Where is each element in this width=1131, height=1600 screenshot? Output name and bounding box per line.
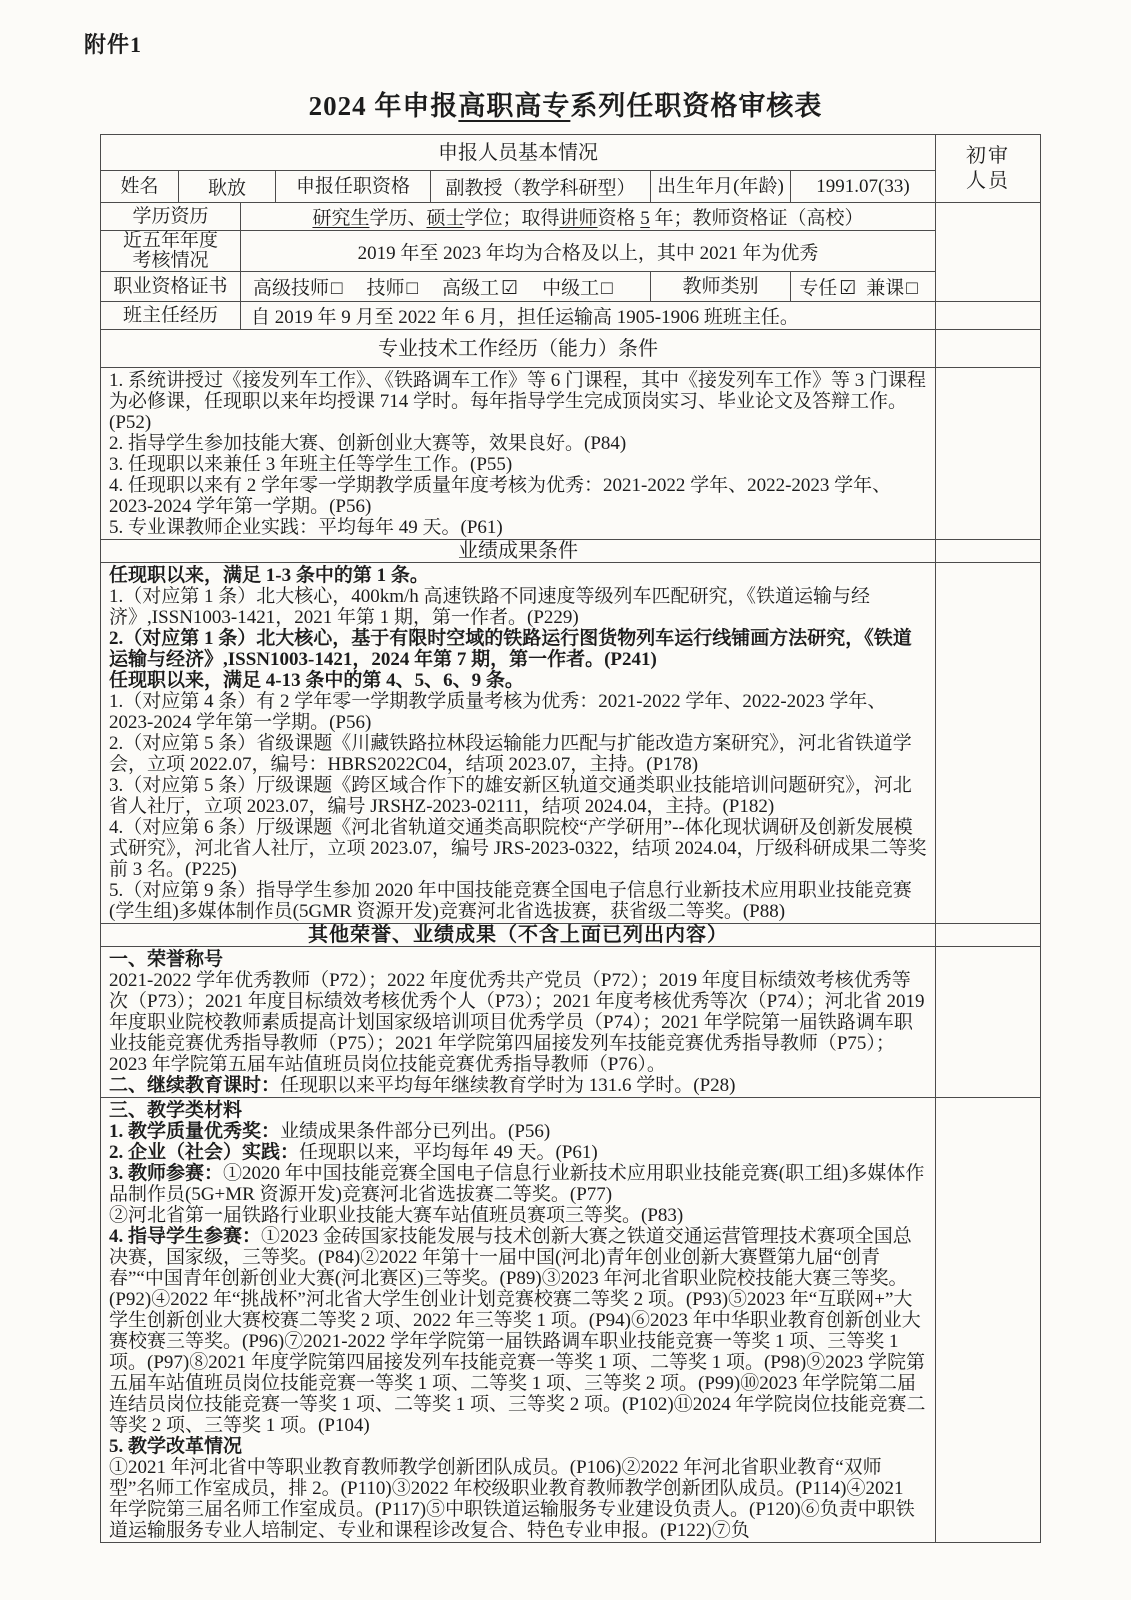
page-title: 2024 年申报高职高专系列任职资格审核表 (0, 84, 1131, 123)
text-segment: ①2020 年中国技能竞赛全国电子信息行业新技术应用职业技能竞赛(职工组)多媒体… (109, 1163, 924, 1205)
paragraph: 1. 教学质量优秀奖：业绩成果条件部分已列出。(P56) (109, 1121, 927, 1142)
paragraph: 二、继续教育课时：任现职以来平均每年继续教育学时为 131.6 学时。(P28) (109, 1075, 927, 1096)
checkbox-option: 兼课□ (866, 278, 918, 299)
checkbox-option: 中级工□ (542, 278, 613, 299)
paragraph: 3. 教师参赛：①2020 年中国技能竞赛全国电子信息行业新技术应用职业技能竞赛… (109, 1163, 927, 1205)
homeroom-value: 自 2019 年 9 月至 2022 年 6 月，担任运输高 1905-1906… (241, 302, 936, 330)
checkbox-option-label: 高级技师 (253, 278, 329, 299)
paragraph: 任现职以来，满足 1-3 条中的第 1 条。 (109, 565, 927, 586)
name-label: 姓名 (101, 171, 179, 203)
checkbox-option-label: 专任 (799, 278, 837, 299)
education-label: 学历资历 (101, 203, 241, 231)
reviewer-cell-experience (936, 368, 1041, 540)
certificate-checkbox-group: 高级技师□技师□高级工☑中级工□ (241, 272, 651, 302)
reviewer-cell-honors-part1 (936, 947, 1041, 1098)
text-segment: 任现职以来，满足 1-3 条中的第 1 条。 (109, 565, 429, 586)
text-segment: 资格 (598, 208, 641, 229)
birth-label: 出生年月(年龄) (651, 171, 791, 203)
checkbox-unchecked-icon: □ (906, 278, 917, 299)
checkbox-option-label: 高级工 (442, 278, 499, 299)
reviewer-cell-honors-part2 (936, 1098, 1041, 1543)
text-segment: 硕士 (426, 208, 464, 229)
assessment-value: 2019 年至 2023 年均为合格及以上，其中 2021 年为优秀 (241, 231, 936, 272)
paragraph: 5. 专业课教师企业实践：平均每年 49 天。(P61) (109, 517, 927, 538)
text-segment: 4. 任现职以来有 2 学年零一学期教学质量年度考核为优秀：2021-2022 … (109, 475, 891, 517)
text-segment: 二、继续教育课时： (109, 1075, 280, 1096)
text-segment: 5. 专业课教师企业实践：平均每年 49 天。(P61) (109, 517, 503, 538)
text-segment: 三、教学类材料 (109, 1100, 242, 1121)
text-segment: 一、荣誉称号 (109, 949, 223, 970)
reviewer-cell-experience-header (936, 330, 1041, 368)
text-segment: 3. 教师参赛： (109, 1163, 223, 1184)
basic-info-section-header: 申报人员基本情况 (101, 135, 936, 171)
checkbox-unchecked-icon: □ (407, 278, 418, 299)
checkbox-option: 高级技师□ (253, 278, 343, 299)
text-segment: 1. 系统讲授过《接发列车工作》、《铁路调车工作》等 6 门课程，其中《接发列车… (109, 370, 926, 433)
text-segment: ②河北省第一届铁路行业职业技能大赛车站值班员赛项三等奖。(P83) (109, 1205, 683, 1226)
text-segment: 高职高专 (458, 91, 570, 121)
checkbox-checked-icon: ☑ (839, 278, 856, 299)
paragraph: 4. 指导学生参赛：①2023 金砖国家技能发展与技术创新大赛之铁道交通运营管理… (109, 1226, 927, 1436)
text-segment: 学历、 (369, 208, 426, 229)
reviewer-cell-basic (936, 203, 1041, 302)
checkbox-option-label: 中级工 (542, 278, 599, 299)
text-segment: 2.（对应第 1 条）北大核心，基于有限时空域的铁路运行图货物列车运行线铺画方法… (109, 628, 912, 670)
paragraph: ②河北省第一届铁路行业职业技能大赛车站值班员赛项三等奖。(P83) (109, 1205, 927, 1226)
homeroom-label: 班主任经历 (101, 302, 241, 330)
text-segment: 研究生 (312, 208, 369, 229)
paragraph: 5. 教学改革情况 (109, 1436, 927, 1457)
honors-part1-content: 一、荣誉称号2021-2022 学年优秀教师（P72）；2022 年度优秀共产党… (101, 947, 936, 1098)
paragraph: 2. 指导学生参加技能大赛、创新创业大赛等，效果良好。(P84) (109, 433, 927, 454)
text-segment: 3. 任现职以来兼任 3 年班主任等学生工作。(P55) (109, 454, 512, 475)
assessment-label: 近五年年度 考核情况 (101, 231, 241, 272)
text-segment: 业绩成果条件部分已列出。(P56) (280, 1121, 550, 1142)
review-form-table: 申报人员基本情况 初审 人员 姓名 耿放 申报任职资格 副教授（教学科研型） 出… (100, 134, 1041, 1543)
checkbox-option: 专任☑ (799, 278, 856, 299)
text-segment: 4.（对应第 6 条）厅级课题《河北省轨道交通类高职院校“产学研用”--体化现状… (109, 817, 927, 880)
paragraph: 2. 企业（社会）实践：任现职以来，平均每年 49 天。(P61) (109, 1142, 927, 1163)
teacher-type-checkbox-group: 专任☑兼课□ (791, 272, 936, 302)
apply-title-label: 申报任职资格 (276, 171, 431, 203)
text-segment: 1.（对应第 1 条）北大核心，400km/h 高速铁路不同速度等级列车匹配研究… (109, 586, 870, 628)
text-segment: 1. 教学质量优秀奖： (109, 1121, 280, 1142)
text-segment: 5.（对应第 9 条）指导学生参加 2020 年中国技能竞赛全国电子信息行业新技… (109, 880, 912, 922)
paragraph: 4.（对应第 6 条）厅级课题《河北省轨道交通类高职院校“产学研用”--体化现状… (109, 817, 927, 880)
text-segment: ①2023 金砖国家技能发展与技术创新大赛之铁道交通运营管理技术赛项全国总决赛，… (109, 1226, 925, 1436)
apply-title-value: 副教授（教学科研型） (431, 171, 651, 203)
certificate-label: 职业资格证书 (101, 272, 241, 302)
honors-part2-content: 三、教学类材料1. 教学质量优秀奖：业绩成果条件部分已列出。(P56)2. 企业… (101, 1098, 936, 1543)
text-segment: 1.（对应第 4 条）有 2 学年零一学期教学质量考核为优秀：2021-2022… (109, 691, 886, 733)
paragraph: 三、教学类材料 (109, 1100, 927, 1121)
reviewer-cell-honors-header (936, 924, 1041, 947)
text-segment: 2. 企业（社会）实践： (109, 1142, 299, 1163)
checkbox-checked-icon: ☑ (501, 278, 518, 299)
scanned-document-page: 附件1 2024 年申报高职高专系列任职资格审核表 申报人员基本情况 初审 人员… (0, 0, 1131, 1600)
checkbox-unchecked-icon: □ (601, 278, 612, 299)
checkbox-unchecked-icon: □ (331, 278, 342, 299)
text-segment: 4. 指导学生参赛： (109, 1226, 261, 1247)
paragraph: 1. 系统讲授过《接发列车工作》、《铁路调车工作》等 6 门课程，其中《接发列车… (109, 370, 927, 433)
paragraph: 1.（对应第 4 条）有 2 学年零一学期教学质量考核为优秀：2021-2022… (109, 691, 927, 733)
paragraph: 1.（对应第 1 条）北大核心，400km/h 高速铁路不同速度等级列车匹配研究… (109, 586, 927, 628)
paragraph: 一、荣誉称号 (109, 949, 927, 970)
text-segment: 2. 指导学生参加技能大赛、创新创业大赛等，效果良好。(P84) (109, 433, 626, 454)
paragraph: 3.（对应第 5 条）厅级课题《跨区域合作下的雄安新区轨道交通类职业技能培训问题… (109, 775, 927, 817)
paragraph: 2.（对应第 1 条）北大核心，基于有限时空域的铁路运行图货物列车运行线铺画方法… (109, 628, 927, 670)
checkbox-option: 技师□ (367, 278, 419, 299)
text-segment: 2021-2022 学年优秀教师（P72）；2022 年度优秀共产党员（P72）… (109, 970, 924, 1075)
paragraph: 2021-2022 学年优秀教师（P72）；2022 年度优秀共产党员（P72）… (109, 970, 927, 1075)
honors-section-header: 其他荣誉、业绩成果（不含上面已列出内容） (101, 924, 936, 947)
text-segment: 系列任职资格审核表 (570, 91, 822, 121)
checkbox-option: 高级工☑ (442, 278, 518, 299)
paragraph: ①2021 年河北省中等职业教育教师教学创新团队成员。(P106)②2022 年… (109, 1457, 927, 1541)
text-segment: 学位；取得 (464, 208, 559, 229)
experience-content: 1. 系统讲授过《接发列车工作》、《铁路调车工作》等 6 门课程，其中《接发列车… (101, 368, 936, 540)
checkbox-option-label: 兼课 (866, 278, 904, 299)
text-segment: 讲师 (560, 208, 598, 229)
reviewer-cell-achievement-header (936, 540, 1041, 563)
text-segment: 2024 年申报 (309, 91, 459, 121)
paragraph: 任现职以来，满足 4-13 条中的第 4、5、6、9 条。 (109, 670, 927, 691)
text-segment: 5. 教学改革情况 (109, 1436, 242, 1457)
paragraph: 2.（对应第 5 条）省级课题《川藏铁路拉林段运输能力匹配与扩能改造方案研究》，… (109, 733, 927, 775)
paragraph: 5.（对应第 9 条）指导学生参加 2020 年中国技能竞赛全国电子信息行业新技… (109, 880, 927, 922)
paragraph: 4. 任现职以来有 2 学年零一学期教学质量年度考核为优秀：2021-2022 … (109, 475, 927, 517)
achievement-content: 任现职以来，满足 1-3 条中的第 1 条。1.（对应第 1 条）北大核心，40… (101, 563, 936, 924)
paragraph: 3. 任现职以来兼任 3 年班主任等学生工作。(P55) (109, 454, 927, 475)
text-segment: 5 (640, 208, 650, 229)
education-value: 研究生学历、硕士学位；取得讲师资格 5 年；教师资格证（高校） (241, 203, 936, 231)
text-segment: 任现职以来，平均每年 49 天。(P61) (299, 1142, 598, 1163)
name-value: 耿放 (179, 171, 276, 203)
attachment-label: 附件1 (84, 28, 142, 59)
reviewer-column-label: 初审 人员 (936, 135, 1041, 203)
experience-section-header: 专业技术工作经历（能力）条件 (101, 330, 936, 368)
reviewer-cell-homeroom (936, 302, 1041, 330)
text-segment: ①2021 年河北省中等职业教育教师教学创新团队成员。(P106)②2022 年… (109, 1457, 915, 1541)
achievement-section-header: 业绩成果条件 (101, 540, 936, 563)
checkbox-option-label: 技师 (367, 278, 405, 299)
text-segment: 年；教师资格证（高校） (650, 208, 864, 229)
text-segment: 任现职以来，满足 4-13 条中的第 4、5、6、9 条。 (109, 670, 524, 691)
text-segment: 2.（对应第 5 条）省级课题《川藏铁路拉林段运输能力匹配与扩能改造方案研究》，… (109, 733, 912, 775)
reviewer-cell-achievement (936, 563, 1041, 924)
text-segment: 3.（对应第 5 条）厅级课题《跨区域合作下的雄安新区轨道交通类职业技能培训问题… (109, 775, 912, 817)
text-segment: 任现职以来平均每年继续教育学时为 131.6 学时。(P28) (280, 1075, 735, 1096)
teacher-type-label: 教师类别 (651, 272, 791, 302)
birth-value: 1991.07(33) (791, 171, 936, 203)
